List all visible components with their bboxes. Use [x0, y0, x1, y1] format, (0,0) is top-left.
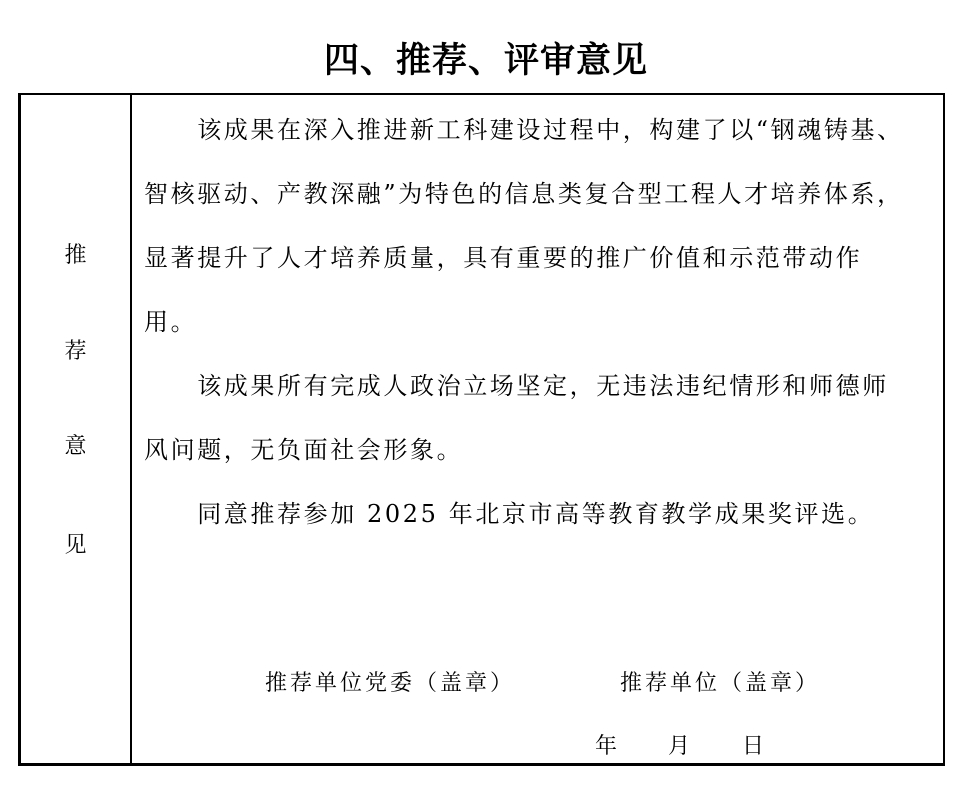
content-line: 风问题，无负面社会形象。: [144, 418, 936, 482]
content-line: 显著提升了人才培养质量，具有重要的推广价值和示范带动作: [144, 226, 936, 290]
label-char: 见: [21, 532, 130, 560]
recommendation-content-cell: 该成果在深入推进新工科建设过程中，构建了以“钢魂铸基、 智核驱动、产教深融”为特…: [132, 95, 943, 763]
unit-seal-label: 推荐单位（盖章）: [620, 669, 820, 699]
label-char: 荐: [21, 338, 130, 366]
date-day-label: 日: [742, 732, 767, 762]
label-char: 意: [21, 433, 130, 461]
content-line: 同意推荐参加 2025 年北京市高等教育教学成果奖评选。: [144, 482, 936, 546]
recommendation-label-cell: 推 荐 意 见: [21, 95, 132, 763]
content-line: 智核驱动、产教深融”为特色的信息类复合型工程人才培养体系，: [144, 162, 936, 226]
party-committee-seal-label: 推荐单位党委（盖章）: [265, 669, 515, 699]
section-title: 四、推荐、评审意见: [0, 36, 972, 86]
label-char: 推: [21, 242, 130, 270]
content-line: 该成果所有完成人政治立场坚定，无违法违纪情形和师德师: [144, 354, 936, 418]
date-year-label: 年: [595, 732, 620, 762]
content-line: 用。: [144, 290, 936, 354]
content-line: 该成果在深入推进新工科建设过程中，构建了以“钢魂铸基、: [144, 98, 936, 162]
date-month-label: 月: [668, 732, 693, 762]
recommendation-table: 推 荐 意 见 该成果在深入推进新工科建设过程中，构建了以“钢魂铸基、 智核驱动…: [18, 93, 945, 766]
